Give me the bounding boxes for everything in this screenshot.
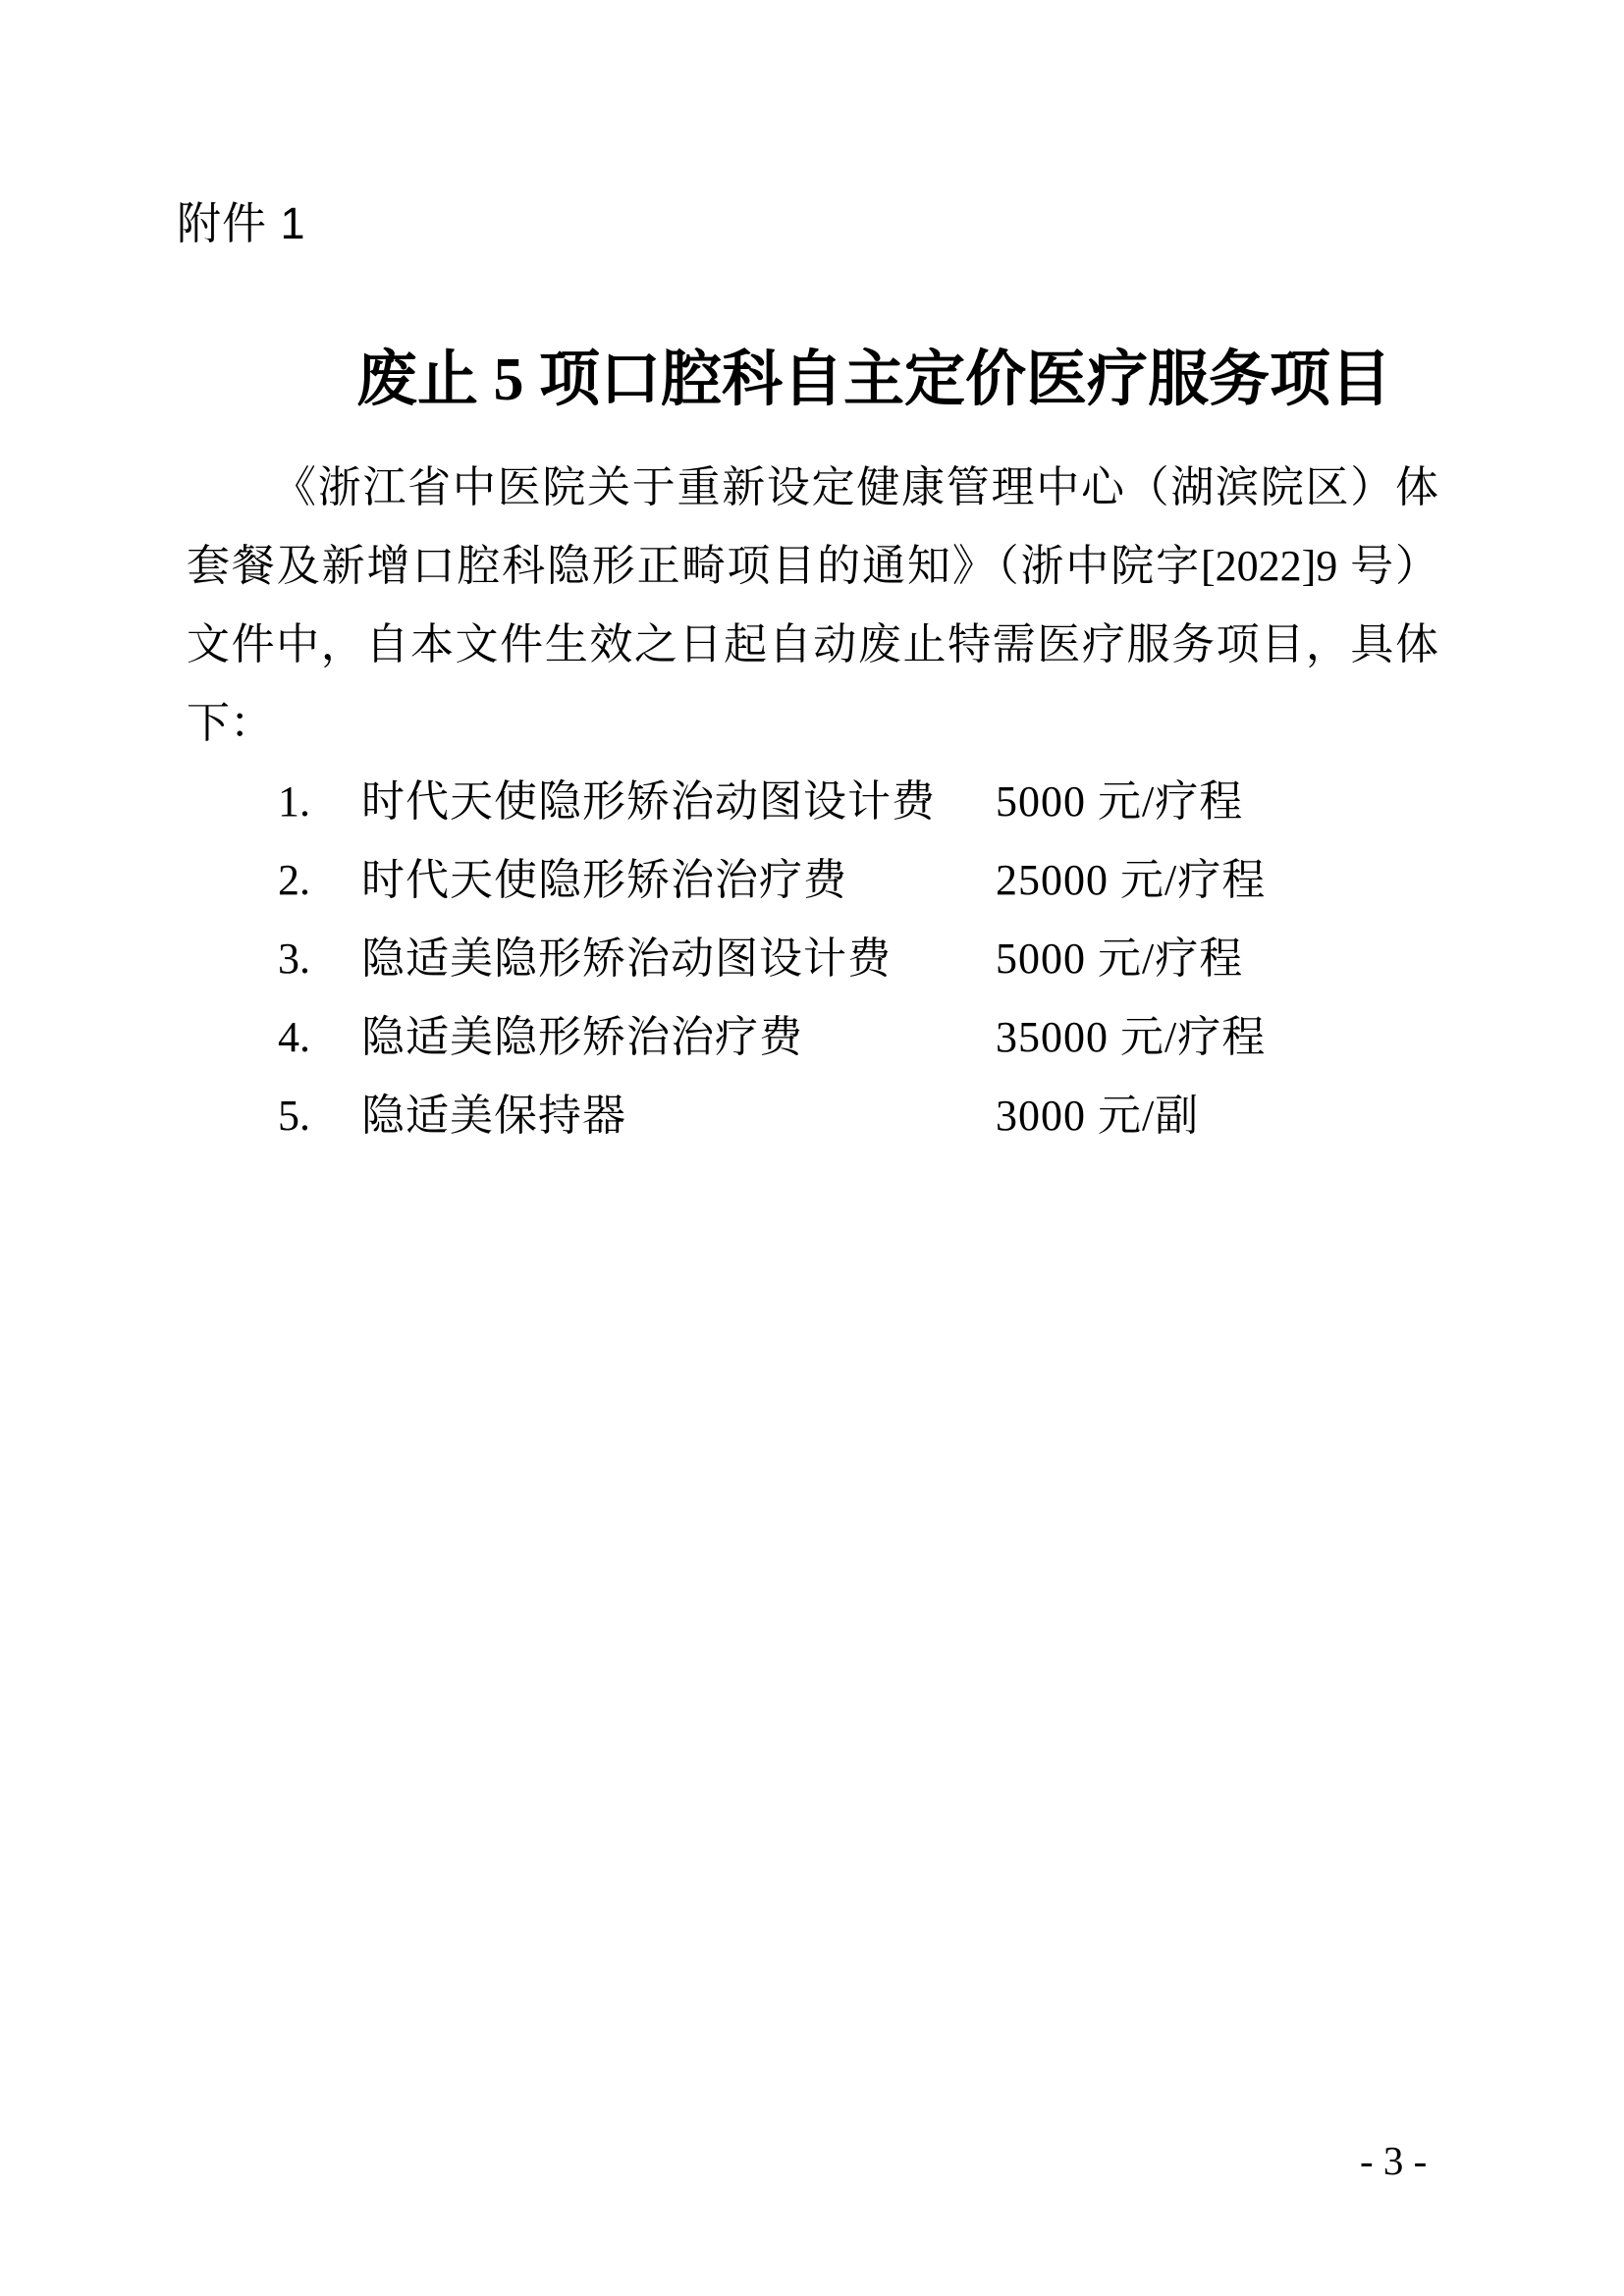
document-body: 《浙江省中医院关于重新设定健康管理中心（湖滨院区）体检 套餐及新增口腔科隐形正畸… xyxy=(187,449,1438,1155)
item-name: 时代天使隐形矫治动图设计费 xyxy=(361,763,996,841)
page-number: - 3 - xyxy=(1360,2138,1427,2183)
paragraph-line: 《浙江省中医院关于重新设定健康管理中心（湖滨院区）体检 xyxy=(187,449,1438,527)
item-name: 隐适美保持器 xyxy=(361,1077,996,1155)
list-item: 3. 隐适美隐形矫治动图设计费 5000 元/疗程 xyxy=(187,920,1438,998)
item-name: 隐适美隐形矫治治疗费 xyxy=(361,998,996,1077)
item-name: 隐适美隐形矫治动图设计费 xyxy=(361,920,996,998)
list-item: 4. 隐适美隐形矫治治疗费 35000 元/疗程 xyxy=(187,998,1438,1077)
item-price: 25000 元/疗程 xyxy=(996,841,1438,920)
document-page: 附件 1 废止 5 项口腔科自主定价医疗服务项目 《浙江省中医院关于重新设定健康… xyxy=(0,0,1624,2296)
item-price: 35000 元/疗程 xyxy=(996,998,1438,1077)
price-list: 1. 时代天使隐形矫治动图设计费 5000 元/疗程 2. 时代天使隐形矫治治疗… xyxy=(187,763,1438,1155)
list-item: 5. 隐适美保持器 3000 元/副 xyxy=(187,1077,1438,1155)
paragraph-line: 下： xyxy=(187,684,1438,763)
item-name: 时代天使隐形矫治治疗费 xyxy=(361,841,996,920)
item-number: 2. xyxy=(278,841,361,920)
body-paragraph: 《浙江省中医院关于重新设定健康管理中心（湖滨院区）体检 套餐及新增口腔科隐形正畸… xyxy=(187,449,1438,763)
item-price: 5000 元/疗程 xyxy=(996,763,1438,841)
paragraph-line: 套餐及新增口腔科隐形正畸项目的通知》（浙中院字[2022]9 号） xyxy=(187,527,1438,606)
item-price: 3000 元/副 xyxy=(996,1077,1438,1155)
list-item: 2. 时代天使隐形矫治治疗费 25000 元/疗程 xyxy=(187,841,1438,920)
item-number: 3. xyxy=(278,920,361,998)
document-title: 废止 5 项口腔科自主定价医疗服务项目 xyxy=(356,343,1391,417)
paragraph-line: 文件中，自本文件生效之日起自动废止特需医疗服务项目，具体如 xyxy=(187,606,1438,684)
attachment-label: 附件 1 xyxy=(177,196,306,251)
item-price: 5000 元/疗程 xyxy=(996,920,1438,998)
item-number: 1. xyxy=(278,763,361,841)
item-number: 5. xyxy=(278,1077,361,1155)
list-item: 1. 时代天使隐形矫治动图设计费 5000 元/疗程 xyxy=(187,763,1438,841)
item-number: 4. xyxy=(278,998,361,1077)
